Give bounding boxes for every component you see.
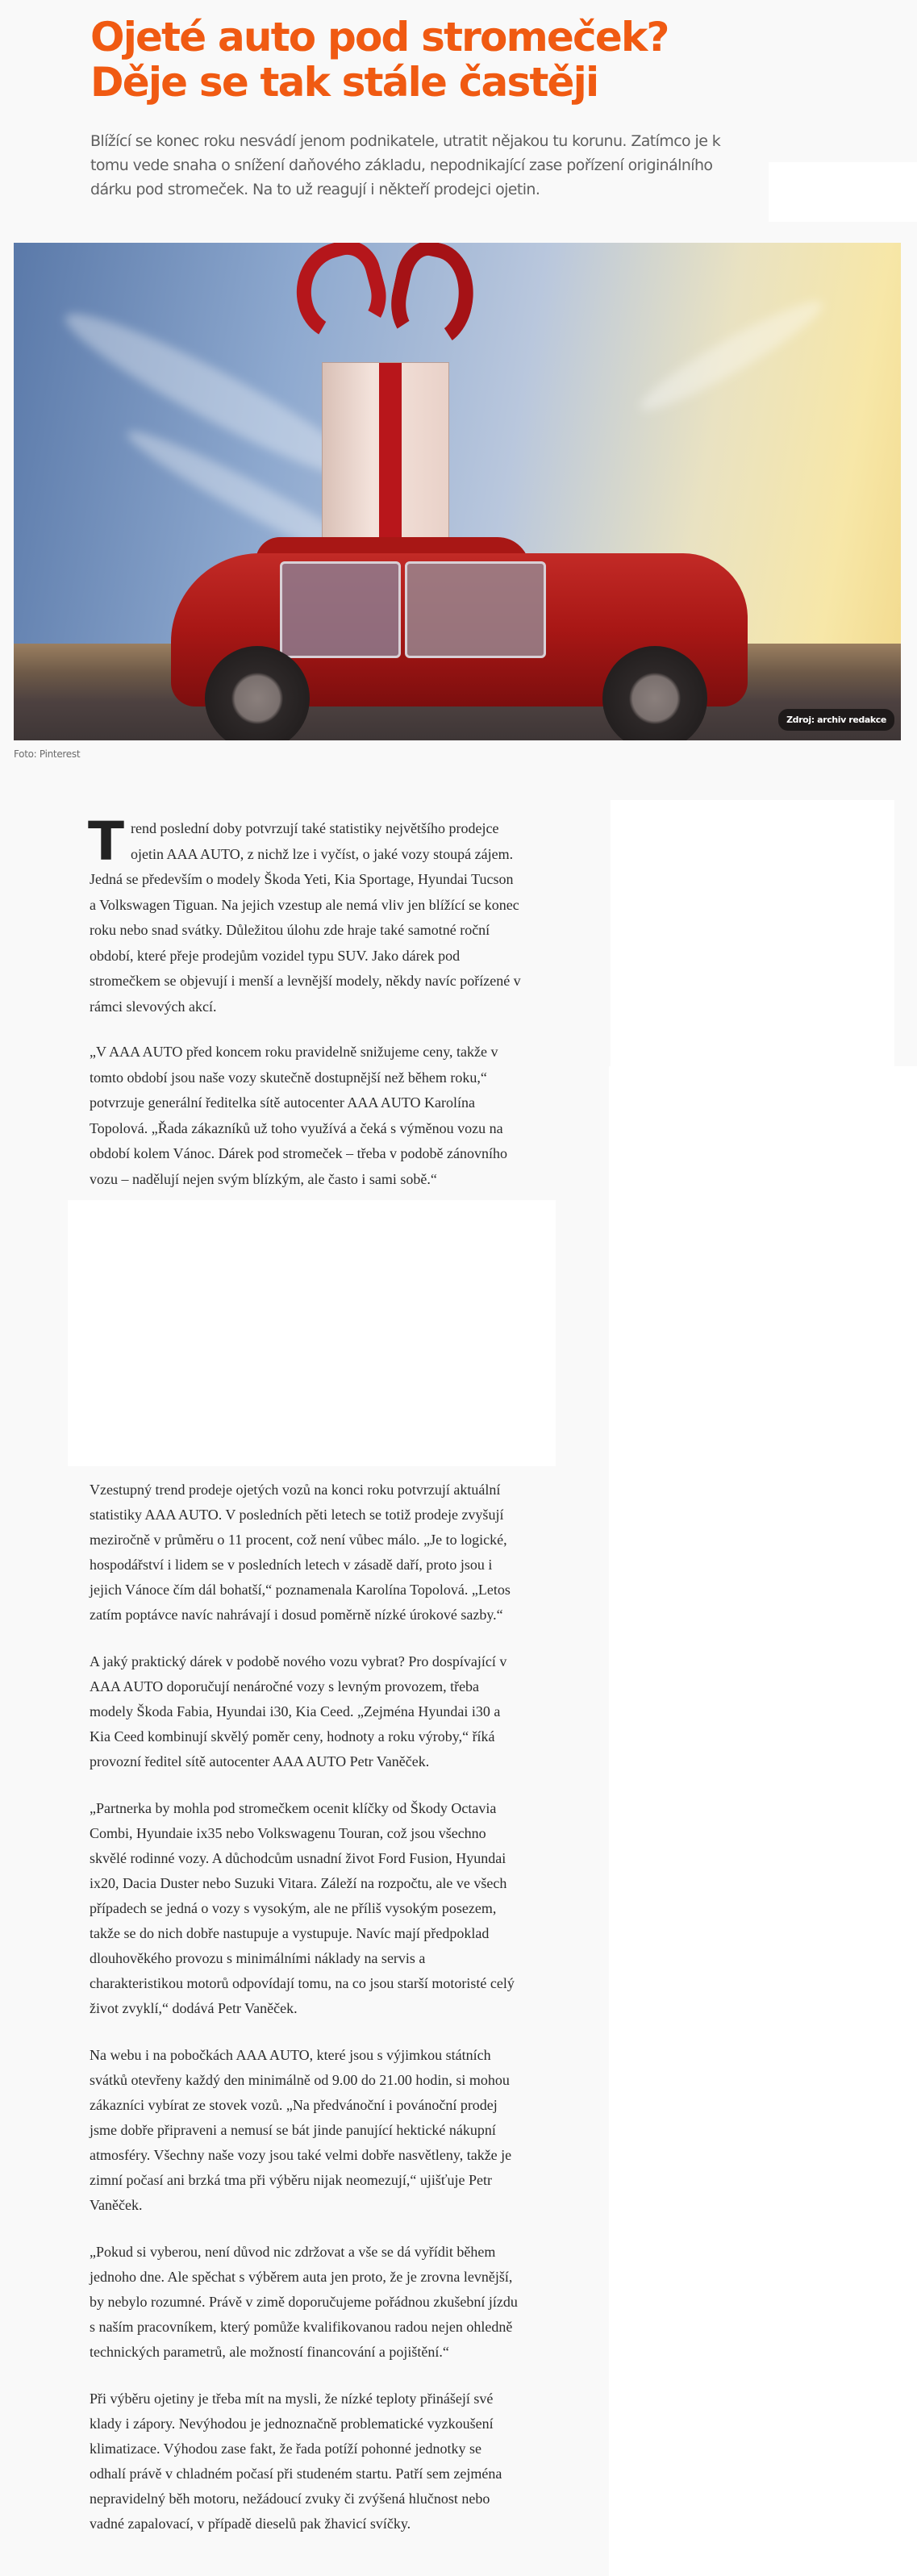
inline-ad-slot[interactable] (68, 1200, 556, 1466)
paragraph: Vzestupný trend prodeje ojetých vozů na … (90, 1478, 521, 1628)
hero-image[interactable]: Zdroj: archiv redakce (14, 243, 901, 740)
photo-credit: Foto: Pinterest (14, 748, 80, 760)
paragraph: Trend poslední doby potvrzují také stati… (90, 816, 521, 1019)
gift-box-icon (322, 362, 449, 544)
paragraph: A jaký praktický dárek v podobě nového v… (90, 1649, 521, 1774)
article-body-continued: Vzestupný trend prodeje ojetých vozů na … (90, 1478, 521, 2558)
drop-cap: T (88, 821, 124, 863)
title-line-2: Děje se tak stále častěji (90, 59, 598, 106)
paragraph: „Pokud si vyberou, není důvod nic zdržov… (90, 2240, 521, 2365)
article-header: Ojeté auto pod stromeček? Děje se tak st… (90, 15, 768, 202)
paragraph: „V AAA AUTO před koncem roku pravidelně … (90, 1040, 521, 1192)
article-title: Ojeté auto pod stromeček? Děje se tak st… (90, 15, 768, 105)
article-body: Trend poslední doby potvrzují také stati… (90, 816, 521, 1212)
sidebar-ad-slot[interactable] (611, 800, 894, 1073)
article-perex: Blížící se konec roku nesvádí jenom podn… (90, 129, 727, 202)
gift-ribbon (379, 363, 402, 543)
paragraph: „Partnerka by mohla pod stromečkem oceni… (90, 1796, 521, 2021)
paragraph: Na webu i na pobočkách AAA AUTO, které j… (90, 2043, 521, 2218)
image-source-badge: Zdroj: archiv redakce (778, 709, 894, 731)
sidebar-ad-column[interactable] (609, 1066, 917, 2576)
header-ad-slot[interactable] (769, 162, 917, 222)
car-window (280, 561, 401, 658)
car-window (405, 561, 546, 658)
title-line-1: Ojeté auto pod stromeček? (90, 14, 669, 60)
paragraph: Při výběru ojetiny je třeba mít na mysli… (90, 2386, 521, 2536)
